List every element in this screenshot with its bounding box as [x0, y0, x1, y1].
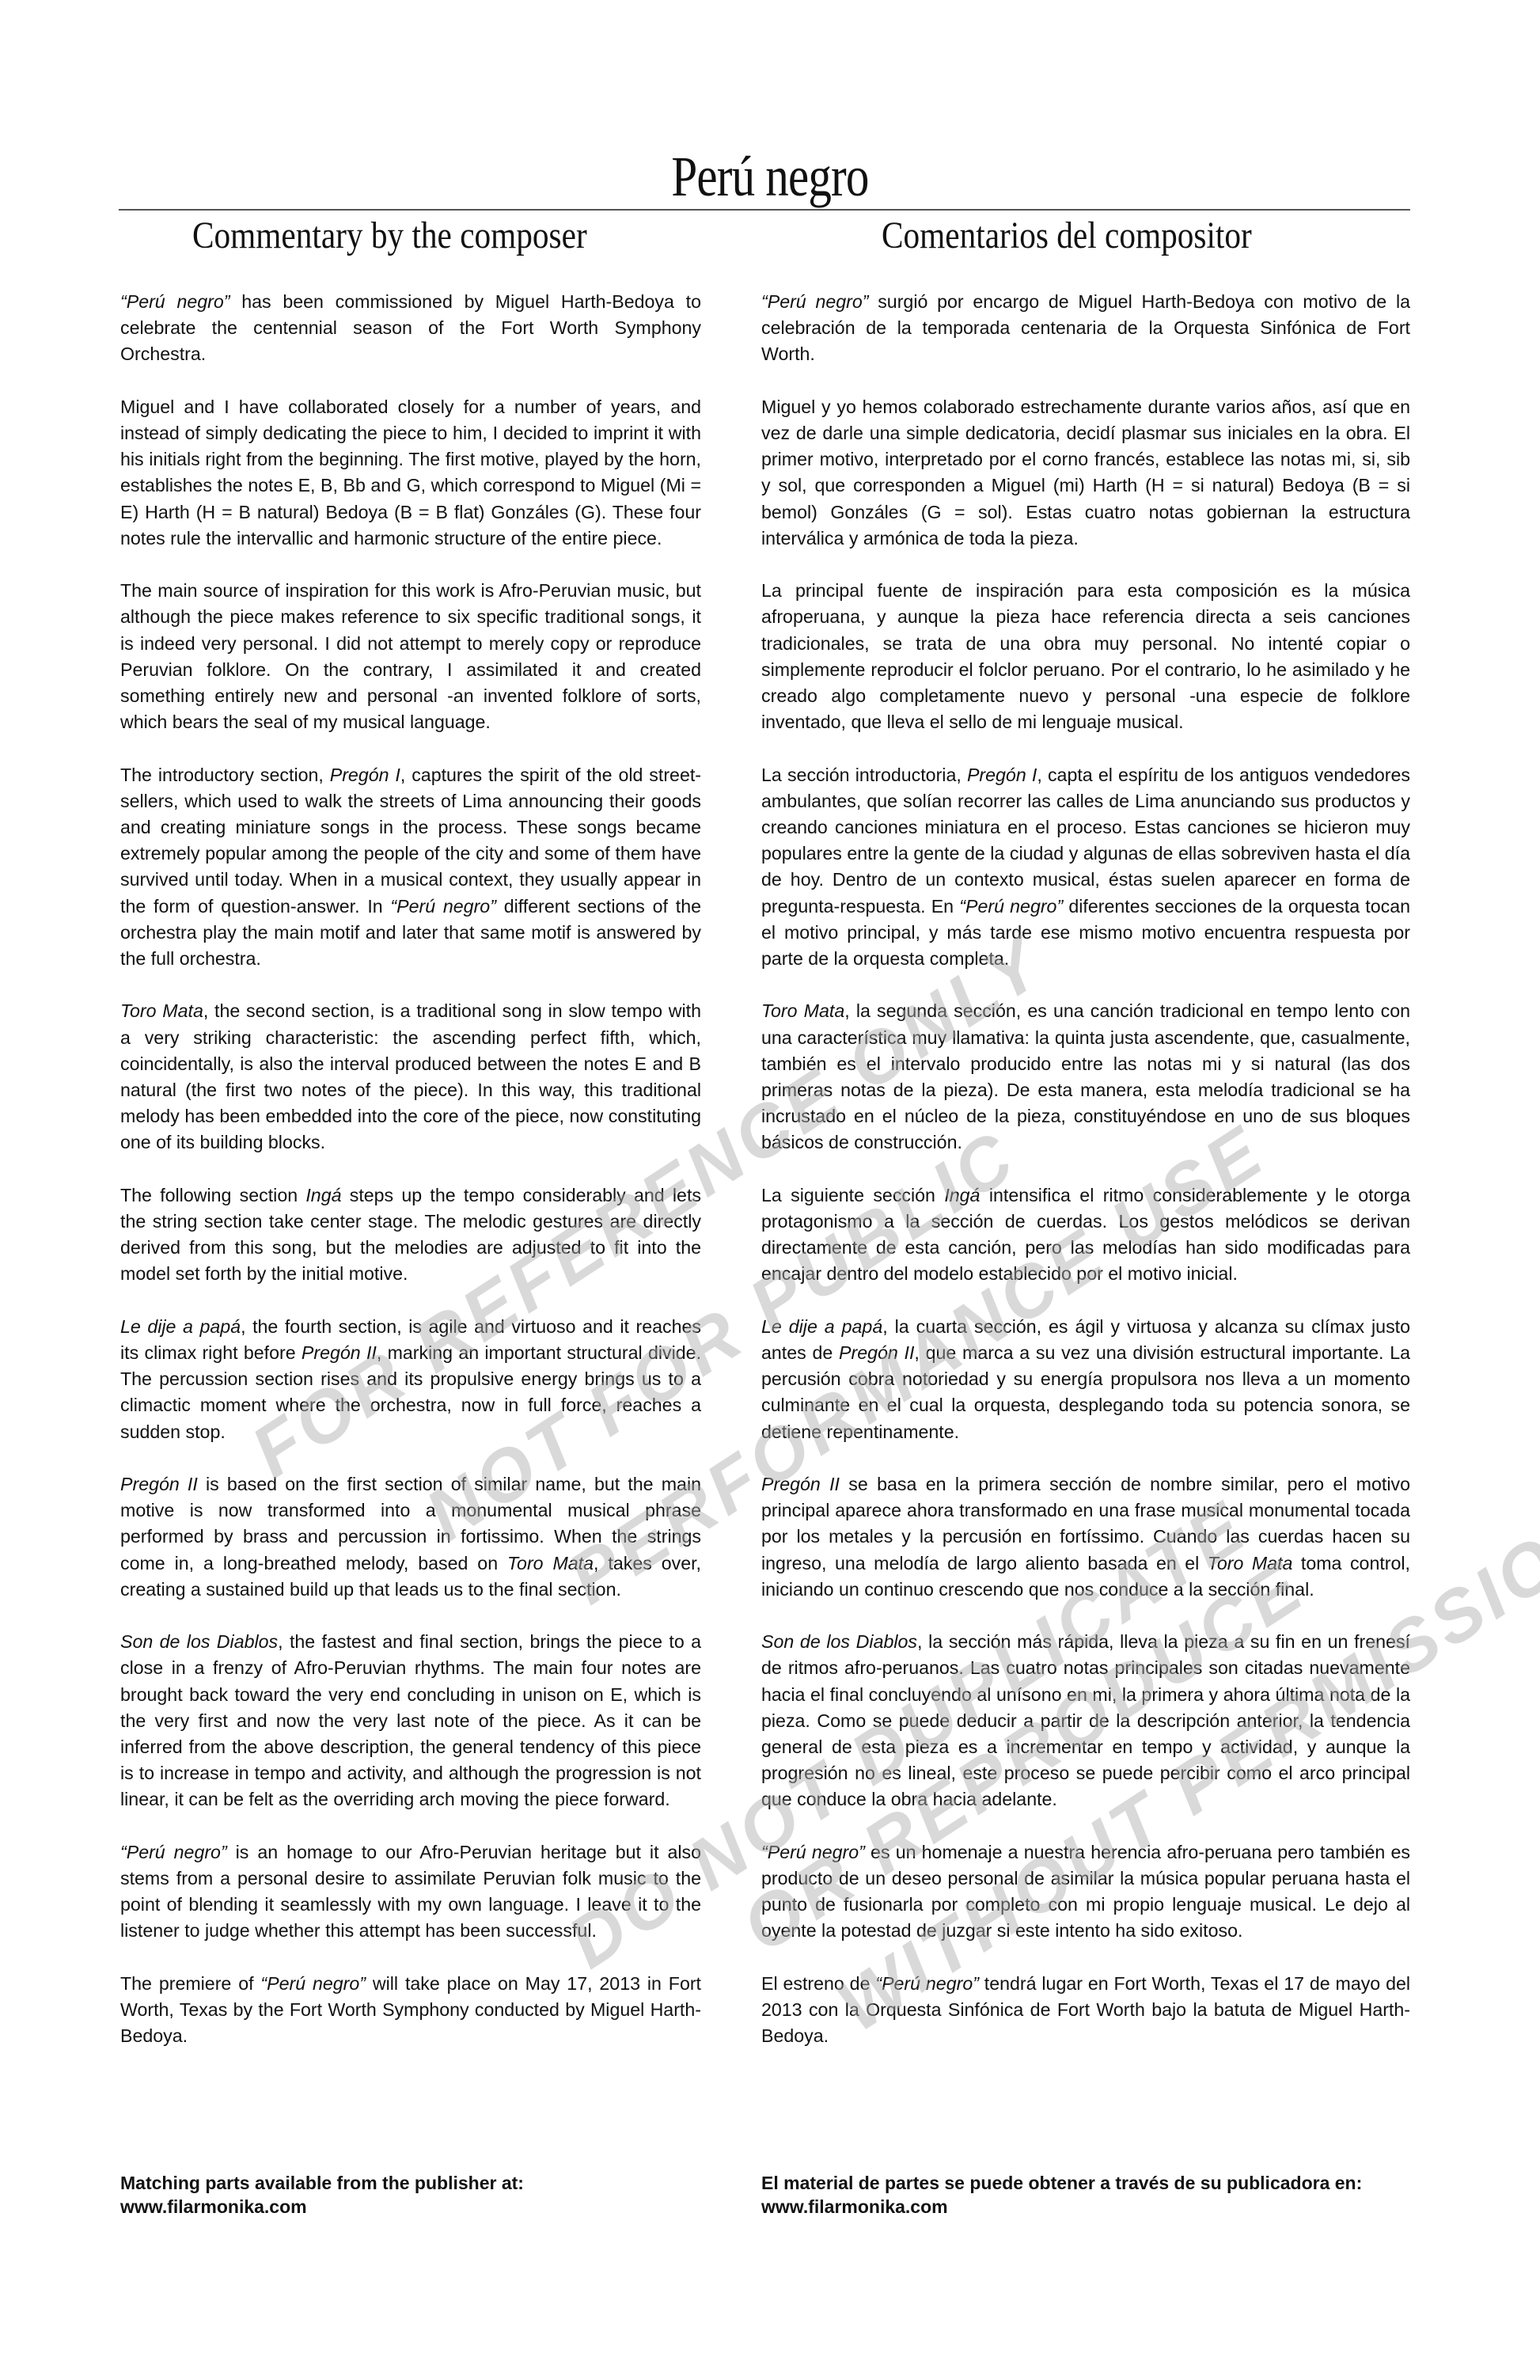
paragraph: The introductory section, Pregón I, capt… [120, 762, 701, 973]
paragraph: Le dije a papá, la cuarta sección, es ág… [761, 1314, 1410, 1445]
paragraph: El estreno de “Perú negro” tendrá lugar … [761, 1971, 1410, 2050]
publisher-url[interactable]: www.filarmonika.com [120, 2195, 524, 2219]
paragraph: Le dije a papá, the fourth section, is a… [120, 1314, 701, 1445]
paragraph: The main source of inspiration for this … [120, 578, 701, 735]
paragraph: Miguel y yo hemos colaborado estrechamen… [761, 394, 1410, 552]
paragraph: Pregón II is based on the first section … [120, 1471, 701, 1603]
spanish-heading: Comentarios del compositor [882, 212, 1252, 260]
paragraph: “Perú negro” surgió por encargo de Migue… [761, 289, 1410, 368]
paragraph: Son de los Diablos, la sección más rápid… [761, 1629, 1410, 1813]
paragraph: Son de los Diablos, the fastest and fina… [120, 1629, 701, 1813]
paragraph: “Perú negro” is an homage to our Afro-Pe… [120, 1839, 701, 1945]
document-page: Perú negro Commentary by the composer Co… [0, 0, 1540, 2380]
publisher-note-text: El material de partes se puede obtener a… [761, 2171, 1362, 2195]
paragraph: Miguel and I have collaborated closely f… [120, 394, 701, 552]
paragraph: Toro Mata, the second section, is a trad… [120, 998, 701, 1156]
spanish-column: “Perú negro” surgió por encargo de Migue… [761, 289, 1410, 2076]
paragraph: La sección introductoria, Pregón I, capt… [761, 762, 1410, 973]
paragraph: La siguiente sección Ingá intensifica el… [761, 1182, 1410, 1288]
english-column: “Perú negro” has been commissioned by Mi… [120, 289, 701, 2076]
paragraph: The following section Ingá steps up the … [120, 1182, 701, 1288]
publisher-url[interactable]: www.filarmonika.com [761, 2195, 1362, 2219]
document-title: Perú negro [138, 141, 1402, 212]
paragraph: “Perú negro” has been commissioned by Mi… [120, 289, 701, 368]
paragraph: Toro Mata, la segunda sección, es una ca… [761, 998, 1410, 1156]
english-publisher-note: Matching parts available from the publis… [120, 2171, 524, 2219]
paragraph: The premiere of “Perú negro” will take p… [120, 1971, 701, 2050]
paragraph: “Perú negro” es un homenaje a nuestra he… [761, 1839, 1410, 1945]
publisher-note-text: Matching parts available from the publis… [120, 2171, 524, 2195]
paragraph: Pregón II se basa en la primera sección … [761, 1471, 1410, 1603]
paragraph: La principal fuente de inspiración para … [761, 578, 1410, 735]
english-heading: Commentary by the composer [192, 212, 587, 260]
title-divider [119, 209, 1410, 211]
spanish-publisher-note: El material de partes se puede obtener a… [761, 2171, 1362, 2219]
